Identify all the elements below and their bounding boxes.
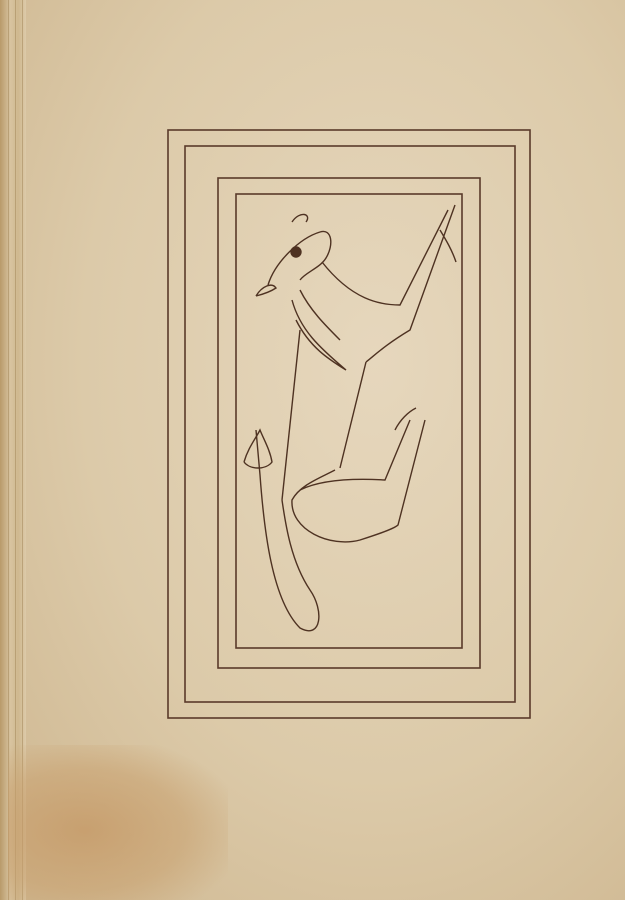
frame-3 [218,178,480,668]
manuscript-page [0,0,625,900]
frame-2 [185,146,515,702]
beast-drawing [0,0,625,900]
frame-inner [236,194,462,648]
frame-outer [168,130,530,718]
beast-icon [244,205,456,631]
